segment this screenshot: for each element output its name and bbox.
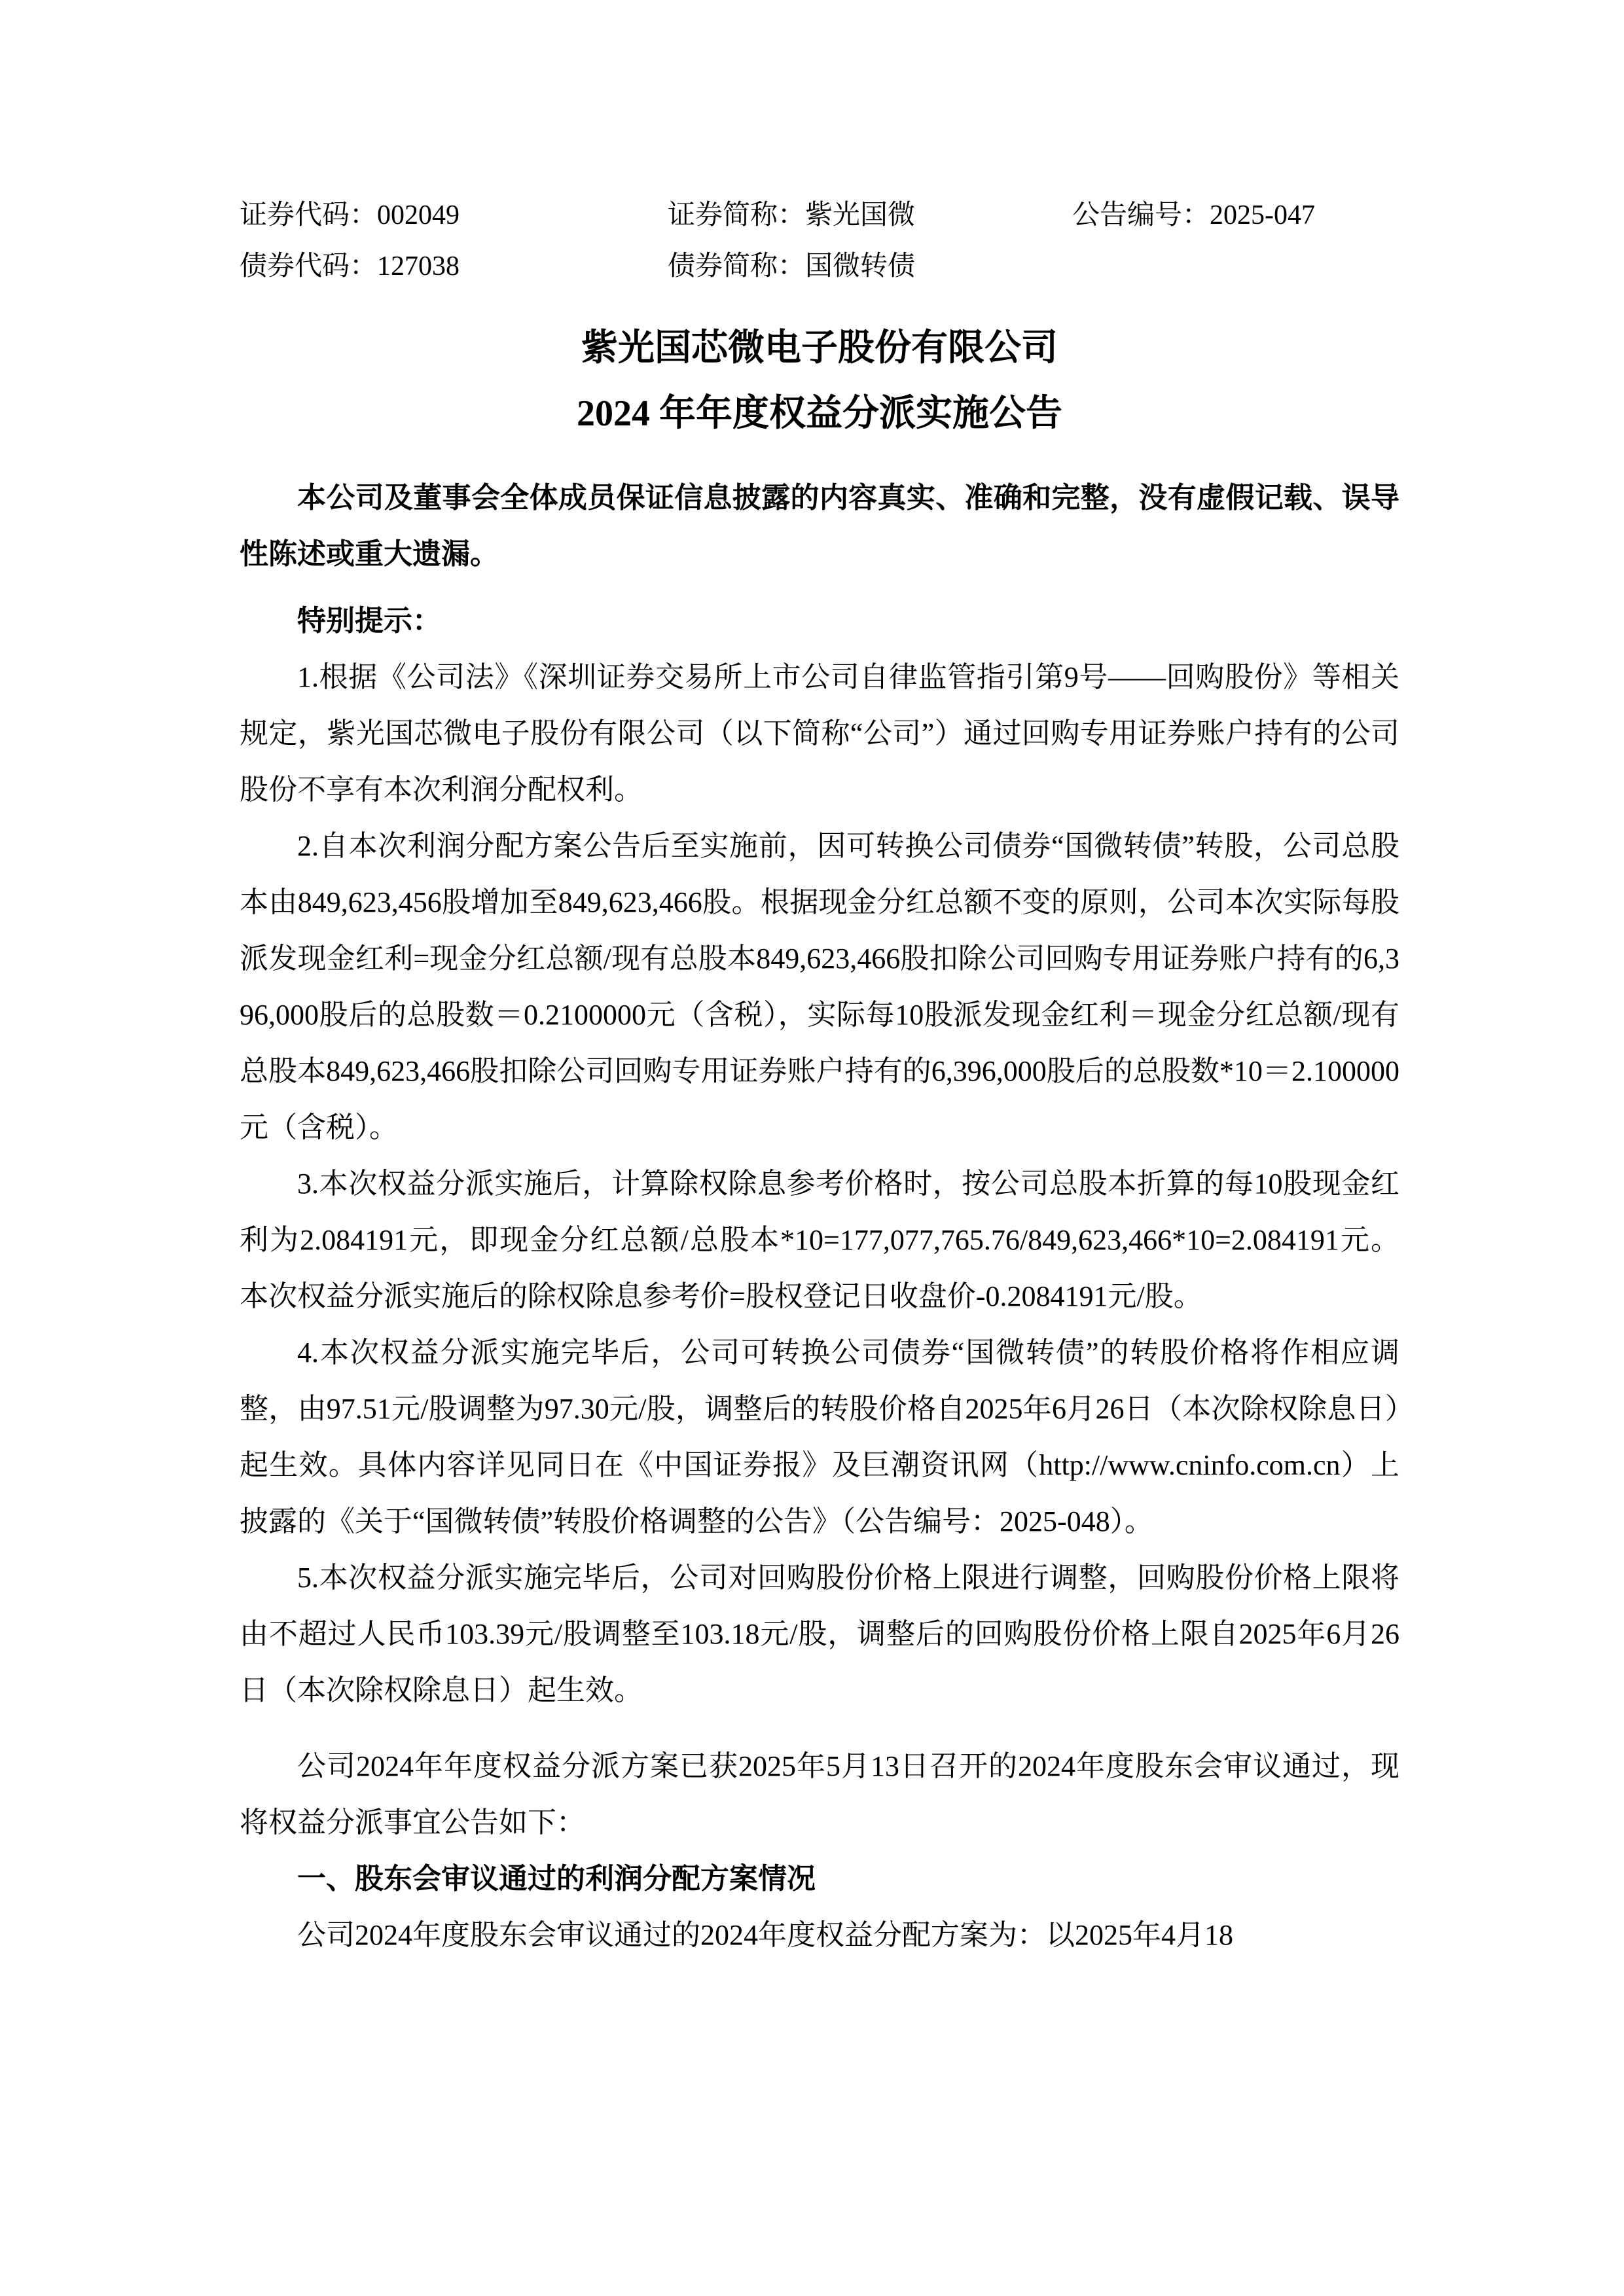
document-header-row-2: 债券代码：127038 债券简称：国微转债 <box>240 247 1399 298</box>
notice-item-3: 3.本次权益分派实施后，计算除权除息参考价格时，按公司总股本折算的每10股现金红… <box>240 1156 1399 1325</box>
document-content: 证券代码：002049 证券简称：紫光国微 公告编号：2025-047 债券代码… <box>240 196 1399 1964</box>
bond-code: 债券代码：127038 <box>240 247 460 285</box>
bond-short-name: 债券简称：国微转债 <box>668 247 915 285</box>
announcement-title: 2024 年年度权益分派实施公告 <box>240 389 1399 439</box>
notice-item-5: 5.本次权益分派实施完毕后，公司对回购股份价格上限进行调整，回购股份价格上限将由… <box>240 1550 1399 1719</box>
special-notice-label: 特别提示： <box>240 593 1399 649</box>
announcement-number: 公告编号：2025-047 <box>1072 196 1315 234</box>
notice-item-4: 4.本次权益分派实施完毕后，公司可转换公司债券“国微转债”的转股价格将作相应调整… <box>240 1325 1399 1550</box>
shareholder-approval-paragraph: 公司2024年年度权益分派方案已获2025年5月13日召开的2024年度股东会审… <box>240 1738 1399 1851</box>
document-header-row-1: 证券代码：002049 证券简称：紫光国微 公告编号：2025-047 <box>240 196 1399 247</box>
notice-item-1: 1.根据《公司法》《深圳证券交易所上市公司自律监管指引第9号——回购股份》等相关… <box>240 649 1399 818</box>
stock-short-name: 证券简称：紫光国微 <box>668 196 915 234</box>
board-guarantee-statement: 本公司及董事会全体成员保证信息披露的内容真实、准确和完整，没有虚假记载、误导性陈… <box>240 470 1399 583</box>
stock-code: 证券代码：002049 <box>240 196 460 234</box>
announcement-document-page: 证券代码：002049 证券简称：紫光国微 公告编号：2025-047 债券代码… <box>0 0 1624 2296</box>
section-1-body: 公司2024年度股东会审议通过的2024年度权益分配方案为：以2025年4月18 <box>240 1907 1399 1964</box>
notice-item-2: 2.自本次利润分配方案公告后至实施前，因可转换公司债券“国微转债”转股，公司总股… <box>240 818 1399 1156</box>
section-1-heading: 一、股东会审议通过的利润分配方案情况 <box>240 1851 1399 1907</box>
company-name-title: 紫光国芯微电子股份有限公司 <box>240 323 1399 373</box>
